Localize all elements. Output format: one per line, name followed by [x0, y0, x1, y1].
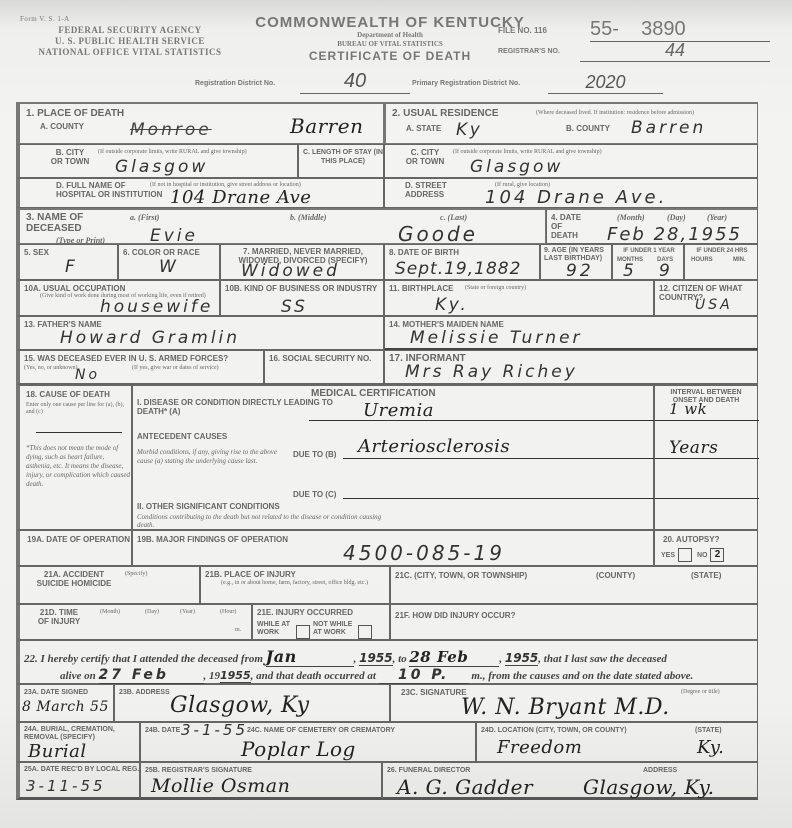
usual-residence-note: (Where deceased lived. If institution: r…: [536, 110, 756, 117]
institution-value: 104 Drane Ave: [170, 187, 311, 208]
autopsy-yes-checkbox[interactable]: [678, 548, 692, 562]
autopsy-no-label: NO: [697, 552, 708, 559]
burial-type-label: 24a. BURIAL, CREMATION, REMOVAL (Specify…: [24, 726, 140, 742]
hours-label: Hours: [691, 256, 713, 265]
address-label: 23b. ADDRESS: [119, 688, 170, 697]
cause-a-value: Uremia: [363, 400, 434, 421]
institution-cell: d. FULL NAME OF HOSPITAL OR INSTITUTION …: [16, 178, 384, 208]
time-col-month: (Month): [100, 609, 120, 616]
middle-label: b. (Middle): [290, 213, 326, 222]
degree-label: (Degree or title): [681, 689, 720, 696]
days-value: 9: [659, 261, 673, 281]
cause-footnote: *This does not mean the mode of dying, s…: [26, 444, 131, 489]
place-of-death-city-cell: b. CITY OR TOWN (If outside corporate li…: [16, 144, 298, 178]
line-b: [343, 458, 655, 459]
op-findings-value: 4500-085-19: [343, 541, 505, 565]
under-24-hrs-label: If Under 24 Hrs: [685, 247, 759, 256]
funeral-director-cell: 26. FUNERAL DIRECTOR ADDRESS A. G. Gadde…: [382, 762, 758, 800]
alive-on-year: 1955: [220, 669, 251, 683]
op-date-cell: 19a. DATE OF OPERATION: [16, 530, 132, 566]
race-cell: 6. COLOR OR RACE W: [118, 244, 220, 280]
res-county-label: b. COUNTY: [566, 124, 610, 133]
length-of-stay-label: c. LENGTH OF STAY (in this place): [303, 148, 383, 166]
interval-b-value: Years: [669, 438, 718, 458]
due-b-label: DUE TO (b): [293, 450, 336, 459]
dob-label: 8. DATE OF BIRTH: [389, 248, 459, 257]
under-1-year-label: If Under 1 Year: [613, 247, 685, 256]
informant-value: Mrs Ray Richey: [405, 362, 578, 382]
cert-text-4: m., from the causes and on the date stat…: [471, 670, 693, 682]
burial-location-value: Freedom: [497, 737, 582, 758]
res-street-label: d. STREET ADDRESS: [405, 181, 465, 199]
antecedent-label: ANTECEDENT CAUSES: [137, 432, 227, 441]
attended-from-year: 1955: [359, 651, 392, 666]
name-cell: 3. NAME OF DECEASED (Type or Print) a. (…: [16, 208, 546, 244]
place-of-injury-label: 21b. PLACE OF INJURY: [205, 570, 296, 579]
certification-cell: 22. I hereby certify that I attended the…: [16, 640, 758, 684]
date-received-label: 25a. DATE REC'D BY LOCAL REG.: [24, 766, 140, 774]
date-signed-label: 23a. DATE SIGNED: [24, 688, 88, 697]
armed-forces-label: 15. WAS DECEASED EVER IN U. S. ARMED FOR…: [24, 354, 264, 363]
ssn-label: 16. SOCIAL SECURITY NO.: [269, 354, 379, 363]
cert-text-1: 22. I hereby certify that I attended the…: [24, 653, 263, 665]
not-while-at-work-checkbox[interactable]: [358, 625, 372, 639]
usual-residence-title: 2. USUAL RESIDENCE: [392, 108, 499, 119]
time-of-injury-label: 21d. TIME OF INJURY: [34, 608, 84, 626]
autopsy-no-checkbox[interactable]: 2: [710, 548, 724, 562]
registrar-signature-label: 25b. REGISTRAR'S SIGNATURE: [145, 766, 252, 775]
name-label: 3. NAME OF DECEASED: [26, 212, 136, 234]
time-m: m.: [235, 627, 241, 634]
injury-city-label: 21c. (CITY, TOWN, OR TOWNSHIP): [395, 571, 527, 580]
county-value: Barren: [290, 114, 363, 138]
res-state-value: Ky: [456, 120, 483, 140]
race-value: W: [159, 257, 179, 277]
city-value: Glasgow: [115, 157, 208, 177]
not-while-at-work-label: NOT WHILE AT WORK: [313, 621, 355, 637]
burial-location-cell: 24d. LOCATION (City, town, or county) (S…: [476, 722, 758, 762]
date-of-death-cell: 4. DATE OF DEATH (Month) (Day) (Year) Fe…: [546, 208, 758, 244]
res-city-label: c. CITY OR TOWN: [405, 148, 445, 166]
form-grid: 1. PLACE OF DEATH a. COUNTY Monroe Barre…: [0, 0, 792, 828]
res-city-value: Glasgow: [470, 157, 563, 177]
how-injury-label: 21f. HOW DID INJURY OCCUR?: [395, 611, 515, 620]
antecedent-note: Morbid conditions, if any, giving rise t…: [137, 448, 282, 466]
injury-city-cell: 21c. (CITY, TOWN, OR TOWNSHIP) (COUNTY) …: [390, 566, 758, 604]
race-label: 6. COLOR OR RACE: [123, 248, 200, 257]
marital-value: Widowed: [241, 261, 340, 281]
dob-cell: 8. DATE OF BIRTH Sept.19,1882: [384, 244, 540, 280]
autopsy-yes-label: YES: [661, 552, 675, 559]
line-c: [343, 498, 655, 499]
mother-value: Melissie Turner: [410, 328, 583, 348]
res-street-value: 104 Drane Ave.: [485, 187, 667, 208]
burial-type-cell: 24a. BURIAL, CREMATION, REMOVAL (Specify…: [16, 722, 140, 762]
res-city-cell: c. CITY OR TOWN (If outside corporate li…: [384, 144, 758, 178]
death-time: 10 P.: [379, 667, 469, 684]
place-of-injury-cell: 21b. PLACE OF INJURY (e.g., in or about …: [200, 566, 390, 604]
injury-occurred-label: 21e. INJURY OCCURRED: [257, 608, 353, 617]
armed-note-2: (If yes, give war or dates of service): [132, 365, 219, 372]
mother-cell: 14. MOTHER'S MAIDEN NAME Melissie Turner: [384, 316, 758, 350]
last-label: c. (Last): [440, 213, 467, 222]
burial-type-value: Burial: [28, 741, 87, 762]
occupation-value: housewife: [100, 297, 213, 317]
time-col-year: (Year): [180, 609, 195, 616]
father-value: Howard Gramlin: [60, 328, 240, 348]
burial-state-label: (State): [695, 726, 722, 735]
funeral-director-value: A. G. Gadder: [397, 775, 533, 799]
signature-cell: 23c. SIGNATURE (Degree or title) W. N. B…: [390, 684, 758, 722]
interval-line-c: [655, 498, 759, 499]
date-signed-cell: 23a. DATE SIGNED 8 March 55: [16, 684, 114, 722]
divider: [36, 432, 122, 433]
under-24-hrs-cell: If Under 24 Hrs Hours Min.: [684, 244, 758, 280]
res-state-label: a. STATE: [406, 124, 441, 133]
registrar-signature-cell: 25b. REGISTRAR'S SIGNATURE Mollie Osman: [140, 762, 382, 800]
father-cell: 13. FATHER'S NAME Howard Gramlin: [16, 316, 384, 350]
place-of-death-county-cell: 1. PLACE OF DEATH a. COUNTY Monroe Barre…: [16, 102, 384, 144]
county-struck-value: Monroe: [130, 120, 212, 140]
informant-cell: 17. INFORMANT Mrs Ray Richey: [384, 350, 758, 384]
min-label: Min.: [733, 256, 746, 265]
attended-to: 28 Feb: [409, 648, 499, 667]
cause-of-death-label: 18. CAUSE OF DEATH: [26, 390, 110, 399]
accident-specify: (Specify): [125, 571, 147, 578]
op-findings-cell: 19b. MAJOR FINDINGS OF OPERATION 4500-08…: [132, 530, 654, 566]
op-date-label: 19a. DATE OF OPERATION: [26, 535, 130, 544]
address-value: Glasgow, Ky: [170, 693, 310, 718]
under-1-year-cell: If Under 1 Year Months Days 5 9: [612, 244, 684, 280]
county-label: a. COUNTY: [40, 122, 84, 131]
occupation-cell: 10a. USUAL OCCUPATION (Give kind of work…: [16, 280, 220, 316]
attended-to-year: 1955: [505, 651, 538, 666]
first-label: a. (First): [130, 213, 159, 222]
dod-col-month: (Month): [617, 213, 645, 222]
interval-cell: INTERVAL BETWEEN ONSET AND DEATH 1 wk Ye…: [654, 384, 758, 530]
autopsy-cell: 20. AUTOPSY? YES NO2: [654, 530, 758, 566]
burial-location-label: 24d. LOCATION (City, town, or county): [481, 726, 627, 735]
date-received-value: 3-11-55: [26, 777, 106, 795]
armed-note-1: (Yes, no, or unknown): [24, 365, 78, 372]
medical-cert-cell: MEDICAL CERTIFICATION I. DISEASE OR COND…: [132, 384, 654, 530]
business-value: SS: [281, 297, 308, 317]
sex-label: 5. SEX: [24, 248, 49, 257]
time-col-day: (Day): [145, 609, 159, 616]
while-at-work-checkbox[interactable]: [296, 625, 310, 639]
months-value: 5: [623, 261, 637, 281]
cert-text-2: that I last saw the deceased: [544, 653, 667, 665]
other-conditions-note: Conditions contributing to the death but…: [137, 513, 397, 529]
injury-occurred-cell: 21e. INJURY OCCURRED WHILE AT WORKNOT WH…: [252, 604, 390, 640]
accident-cell: 21a. ACCIDENT SUICIDE HOMICIDE (Specify): [16, 566, 200, 604]
physician-signature: W. N. Bryant M.D.: [461, 695, 670, 720]
burial-date-label: 24b. DATE: [145, 726, 180, 735]
burial-date-cemetery-cell: 24b. DATE 3-1-55 24c. NAME OF CEMETERY O…: [140, 722, 476, 762]
op-findings-label: 19b. MAJOR FINDINGS OF OPERATION: [137, 535, 288, 544]
injury-state-label: (STATE): [691, 571, 721, 580]
time-col-hour: (Hour): [220, 609, 236, 616]
while-at-work-label: WHILE AT WORK: [257, 621, 293, 637]
place-of-death-title: 1. PLACE OF DEATH: [26, 108, 124, 119]
funeral-director-address-value: Glasgow, Ky.: [583, 775, 715, 799]
res-street-cell: d. STREET ADDRESS (If rural, give locati…: [384, 178, 758, 208]
funeral-director-address-label: ADDRESS: [643, 766, 677, 775]
other-conditions-label: II. OTHER SIGNIFICANT CONDITIONS: [137, 502, 280, 511]
death-certificate: Form V. S. 1-A FEDERAL SECURITY AGENCY U…: [0, 0, 792, 828]
cause-of-death-note: Enter only one cause per line for (a), (…: [26, 402, 131, 416]
funeral-director-label: 26. FUNERAL DIRECTOR: [387, 766, 470, 775]
time-of-injury-cell: 21d. TIME OF INJURY (Month) (Day) (Year)…: [16, 604, 252, 640]
res-county-value: Barren: [631, 118, 706, 138]
business-label: 10b. KIND OF BUSINESS OR INDUSTRY: [225, 284, 380, 293]
date-signed-value: 8 March 55: [22, 699, 109, 715]
dod-value: Feb 28,1955: [607, 224, 742, 245]
birthplace-value: Ky.: [435, 295, 469, 315]
age-value: 92: [566, 261, 594, 281]
cemetery-value: Poplar Log: [241, 737, 356, 761]
cause-b-value: Arteriosclerosis: [358, 436, 510, 457]
dod-label: 4. DATE OF DEATH: [551, 213, 591, 240]
first-name: Evie: [150, 226, 198, 246]
certification-line-1: 22. I hereby certify that I attended the…: [24, 647, 667, 667]
cemetery-label: 24c. NAME OF CEMETERY OR CREMATORY: [247, 726, 395, 735]
certification-line-2: alive on 27 Feb, 191955, and that death …: [60, 667, 693, 684]
registrar-signature-value: Mollie Osman: [151, 775, 290, 797]
address-cell: 23b. ADDRESS Glasgow, Ky: [114, 684, 390, 722]
signature-label: 23c. SIGNATURE: [401, 688, 467, 697]
interval-line-a: [655, 420, 759, 421]
usual-residence-state-cell: 2. USUAL RESIDENCE (Where deceased lived…: [384, 102, 758, 144]
burial-date-value: 3-1-55: [181, 721, 248, 739]
armed-forces-cell: 15. WAS DECEASED EVER IN U. S. ARMED FOR…: [16, 350, 264, 384]
dod-col-year: (Year): [707, 213, 727, 222]
place-of-injury-note: (e.g., in or about home, farm, factory, …: [221, 580, 386, 587]
birthplace-label: 11. BIRTHPLACE: [389, 284, 453, 293]
injury-county-label: (COUNTY): [596, 571, 635, 580]
attended-from: Jan: [266, 647, 354, 667]
interval-a-value: 1 wk: [669, 400, 707, 418]
citizen-value: USA: [695, 297, 733, 313]
ssn-cell: 16. SOCIAL SECURITY NO.: [264, 350, 384, 384]
business-cell: 10b. KIND OF BUSINESS OR INDUSTRY SS: [220, 280, 384, 316]
city-label: b. CITY OR TOWN: [50, 148, 90, 166]
cert-to: to: [398, 653, 407, 665]
injury-occurred-options: WHILE AT WORKNOT WHILE AT WORK: [257, 621, 391, 639]
alive-on-value: 27 Feb: [99, 667, 204, 684]
cause-a-label: I. DISEASE OR CONDITION DIRECTLY LEADING…: [137, 398, 337, 416]
occupation-label: 10a. USUAL OCCUPATION: [24, 284, 125, 293]
autopsy-options: YES NO2: [661, 548, 727, 562]
city-note: (If outside corporate limits, write RURA…: [98, 149, 298, 156]
sex-cell: 5. SEX F: [16, 244, 118, 280]
how-injury-cell: 21f. HOW DID INJURY OCCUR?: [390, 604, 758, 640]
marital-cell: 7. MARRIED, NEVER MARRIED, WIDOWED, DIVO…: [220, 244, 384, 280]
sex-value: F: [65, 257, 78, 277]
cause-of-death-side-cell: 18. CAUSE OF DEATH Enter only one cause …: [16, 384, 132, 530]
dod-col-day: (Day): [667, 213, 686, 222]
cert-text-3: and that death occurred at: [256, 670, 376, 682]
armed-value: No: [75, 367, 100, 383]
dob-value: Sept.19,1882: [395, 259, 521, 279]
citizen-cell: 12. CITIZEN OF WHAT COUNTRY? USA: [654, 280, 758, 316]
birthplace-note: (State or foreign country): [465, 285, 526, 292]
autopsy-label: 20. AUTOPSY?: [663, 535, 719, 544]
alive-on-label: alive on: [60, 670, 96, 682]
line-a: [309, 420, 655, 421]
due-c-label: DUE TO (c): [293, 490, 336, 499]
age-cell: 9. AGE (In years last birthday) 92: [540, 244, 612, 280]
accident-label: 21a. ACCIDENT SUICIDE HOMICIDE: [34, 570, 114, 588]
last-name: Goode: [398, 222, 478, 246]
res-city-note: (If outside corporate limits, write RURA…: [453, 149, 733, 156]
length-of-stay-cell: c. LENGTH OF STAY (in this place): [298, 144, 384, 178]
interval-line-b: [655, 458, 759, 459]
burial-state-value: Ky.: [697, 737, 724, 758]
date-received-cell: 25a. DATE REC'D BY LOCAL REG. 3-11-55: [16, 762, 140, 800]
birthplace-cell: 11. BIRTHPLACE (State or foreign country…: [384, 280, 654, 316]
